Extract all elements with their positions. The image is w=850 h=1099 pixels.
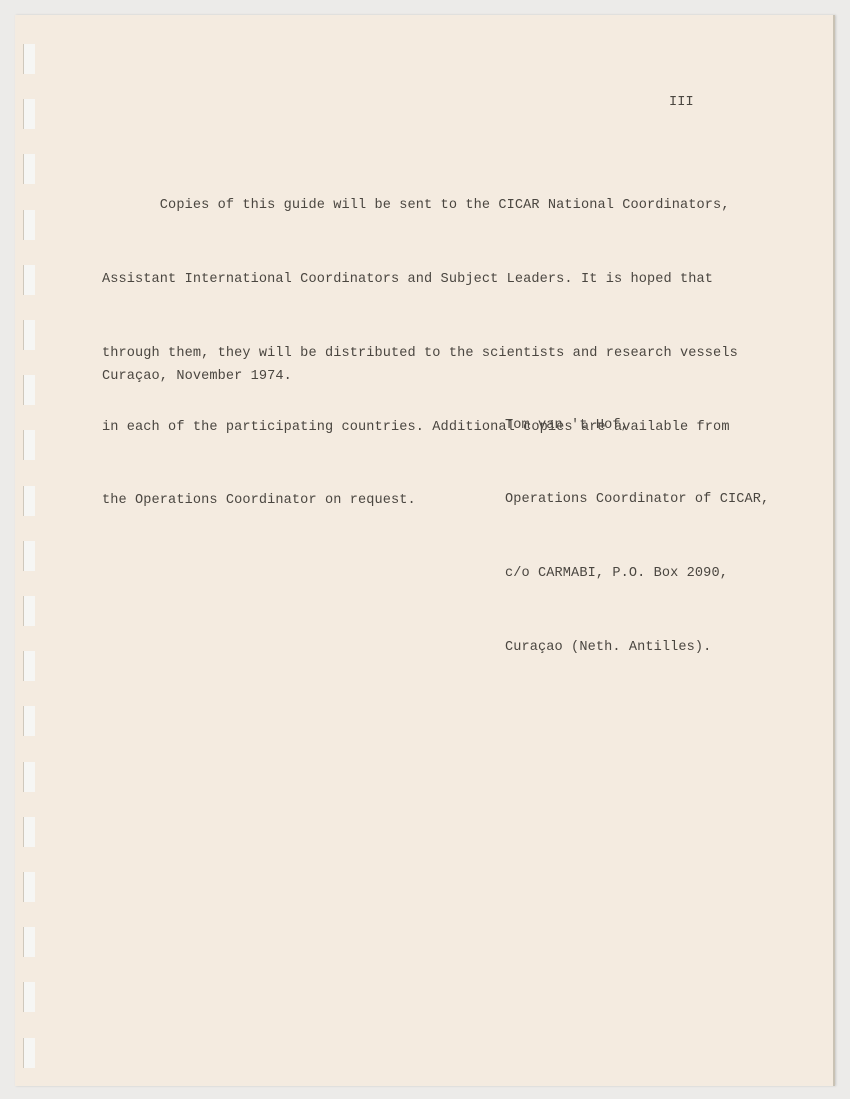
binding-hole [23, 430, 35, 460]
signature-title: Operations Coordinator of CICAR, [505, 488, 769, 513]
signature-block: Tom van 't Hof, Operations Coordinator o… [505, 365, 769, 709]
binding-hole [23, 1038, 35, 1068]
binding-hole [23, 99, 35, 129]
binding-hole [23, 44, 35, 74]
document-page: III Copies of this guide will be sent to… [15, 15, 835, 1086]
binding-hole [23, 982, 35, 1012]
body-line: Copies of this guide will be sent to the… [102, 194, 738, 219]
binding-hole [23, 651, 35, 681]
page-number: III [669, 91, 694, 116]
binding-hole [23, 375, 35, 405]
binding-hole [23, 541, 35, 571]
binding-hole [23, 596, 35, 626]
binding-hole [23, 817, 35, 847]
binding-hole [23, 486, 35, 516]
body-line: through them, they will be distributed t… [102, 342, 738, 367]
signature-location: Curaçao (Neth. Antilles). [505, 636, 769, 661]
body-line: Assistant International Coordinators and… [102, 268, 738, 293]
binding-hole [23, 872, 35, 902]
binding-hole [23, 762, 35, 792]
binding-hole [23, 320, 35, 350]
binding-hole [23, 706, 35, 736]
binding-hole [23, 154, 35, 184]
signature-address: c/o CARMABI, P.O. Box 2090, [505, 562, 769, 587]
place-date: Curaçao, November 1974. [102, 365, 292, 390]
binding-hole [23, 265, 35, 295]
binding-hole [23, 210, 35, 240]
binding-hole [23, 927, 35, 957]
signature-name: Tom van 't Hof, [505, 414, 769, 439]
